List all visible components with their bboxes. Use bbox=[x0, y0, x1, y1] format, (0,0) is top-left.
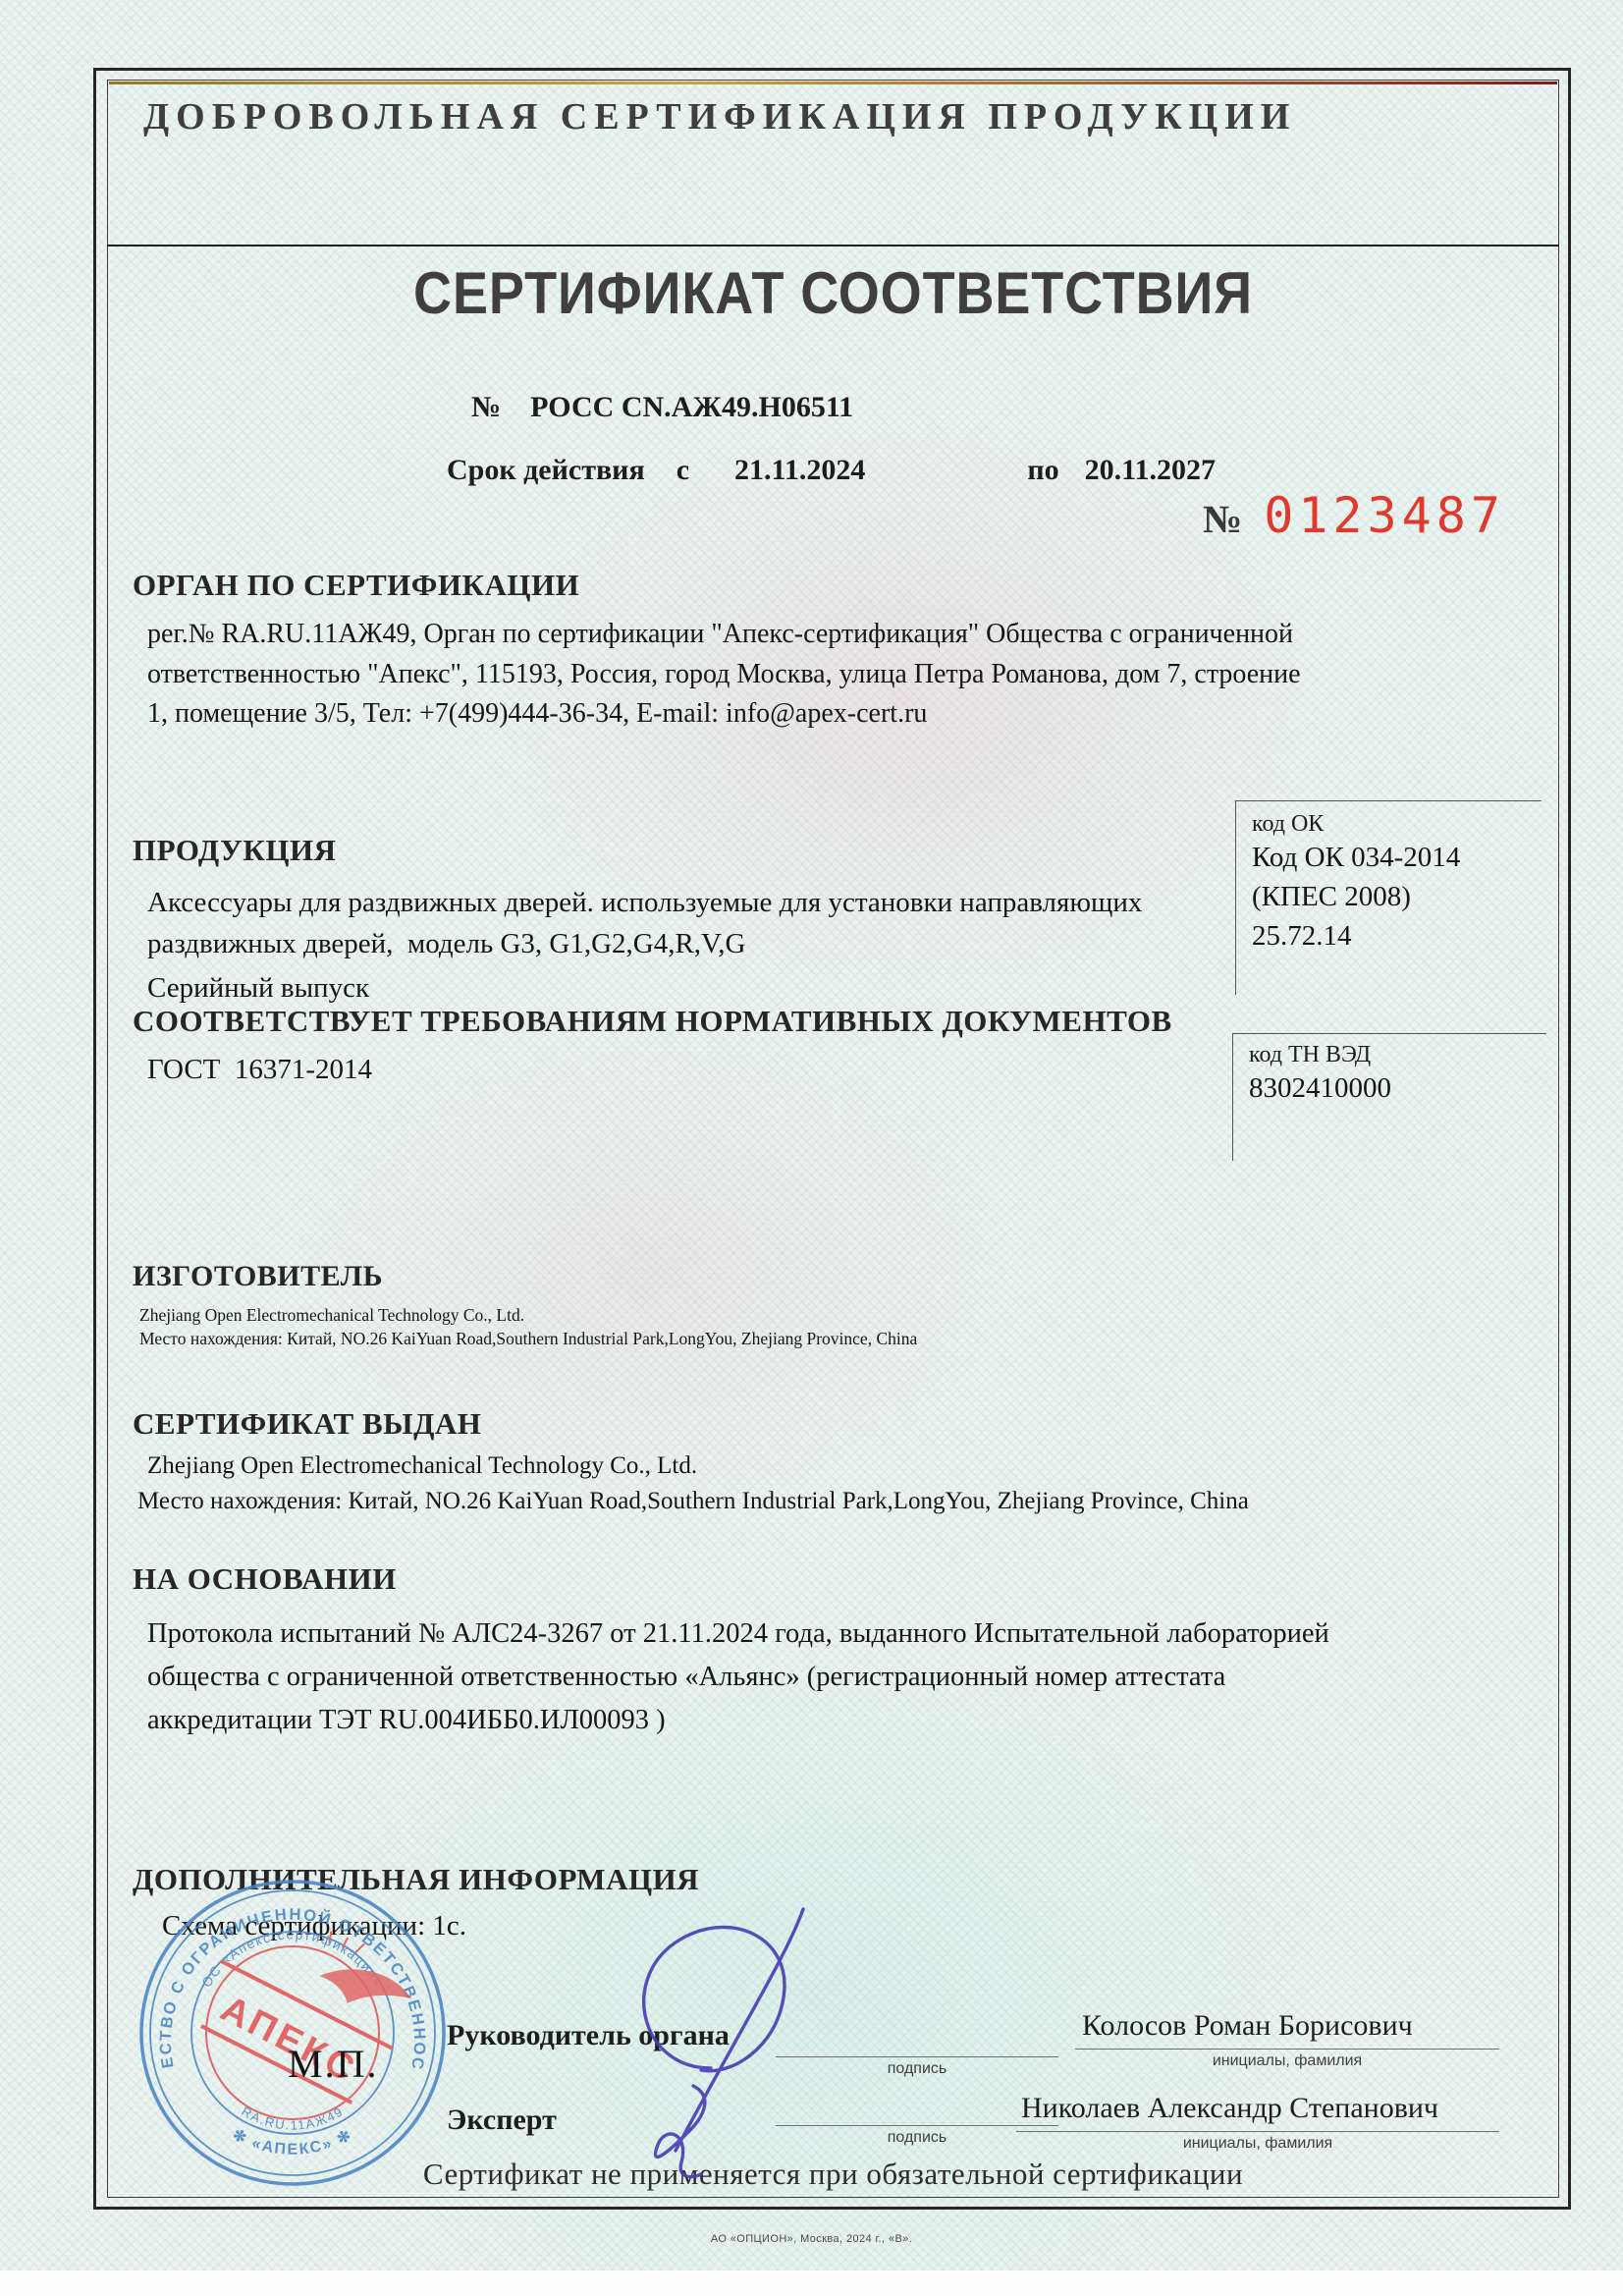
certificate-page: ДОБРОВОЛЬНАЯ СЕРТИФИКАЦИЯ ПРОДУКЦИИ СЕРТ… bbox=[0, 0, 1623, 2296]
expert-name: Николаев Александр Степанович bbox=[1021, 2092, 1438, 2125]
issued-to-name: Zhejiang Open Electromechanical Technolo… bbox=[147, 1452, 697, 1480]
doc-title: СЕРТИФИКАТ СООТВЕТСТВИЯ bbox=[180, 259, 1487, 327]
validity-from-date: 21.11.2024 bbox=[734, 454, 865, 487]
gold-accent-line bbox=[109, 82, 1557, 84]
product-description: Аксессуары для раздвижных дверей. исполь… bbox=[147, 882, 1271, 964]
expert-name-line bbox=[1016, 2131, 1499, 2132]
compliance-standard: ГОСТ 16371-2014 bbox=[147, 1049, 372, 1090]
validity-to-label: по bbox=[1027, 454, 1058, 487]
printer-imprint: АО «ОПЦИОН», Москва, 2024 г., «В». bbox=[0, 2233, 1623, 2245]
svg-text:RA.RU.11АЖ49: RA.RU.11АЖ49 bbox=[239, 2104, 346, 2133]
certificate-number-row: № РОСС CN.АЖ49.H06511 bbox=[471, 391, 853, 424]
validity-to-date: 20.11.2027 bbox=[1085, 454, 1216, 487]
manufacturer-heading: ИЗГОТОВИТЕЛЬ bbox=[133, 1260, 383, 1293]
tn-ved-box: код ТН ВЭД 8302410000 bbox=[1232, 1033, 1546, 1161]
head-name-line bbox=[1075, 2049, 1499, 2050]
tn-ved-value: 8302410000 bbox=[1249, 1068, 1546, 1108]
handwritten-signature bbox=[546, 1903, 875, 2193]
manufacturer-name: Zhejiang Open Electromechanical Technolo… bbox=[139, 1305, 524, 1326]
product-heading: ПРОДУКЦИЯ bbox=[133, 833, 336, 868]
validity-row: Срок действия с 21.11.2024 по 20.11.2027 bbox=[447, 454, 1216, 487]
manufacturer-address: Место нахождения: Китай, NO.26 KaiYuan R… bbox=[139, 1329, 917, 1349]
issued-to-heading: СЕРТИФИКАТ ВЫДАН bbox=[133, 1406, 481, 1442]
stamp-place-label: М.П. bbox=[288, 2041, 378, 2087]
authority-text: рег.№ RA.RU.11АЖ49, Орган по сертификаци… bbox=[147, 615, 1321, 735]
tn-ved-label: код ТН ВЭД bbox=[1249, 1042, 1546, 1068]
validity-from-label: с bbox=[676, 454, 689, 487]
ok-code-label: код ОК bbox=[1252, 811, 1542, 838]
head-name: Колосов Роман Борисович bbox=[1082, 2009, 1413, 2043]
ok-code-line: (КПЕС 2008) bbox=[1252, 877, 1542, 916]
certificate-number-label: № bbox=[471, 391, 501, 424]
ok-code-box: код ОК Код ОК 034-2014 (КПЕС 2008) 25.72… bbox=[1235, 800, 1542, 995]
product-release: Серийный выпуск bbox=[147, 967, 369, 1009]
validity-label: Срок действия bbox=[447, 454, 645, 487]
serial-number: 0123487 bbox=[1264, 487, 1505, 544]
doc-header: ДОБРОВОЛЬНАЯ СЕРТИФИКАЦИЯ ПРОДУКЦИИ bbox=[143, 95, 1420, 138]
expert-role-label: Эксперт bbox=[447, 2104, 557, 2137]
basis-text: Протокола испытаний № АЛС24-3267 от 21.1… bbox=[147, 1613, 1394, 1743]
header-divider bbox=[107, 245, 1559, 246]
certificate-number: РОСС CN.АЖ49.H06511 bbox=[530, 391, 853, 424]
stamp-inner-bottom-text: RA.RU.11АЖ49 bbox=[239, 2104, 346, 2133]
serial-number-row: № 0123487 bbox=[1203, 487, 1505, 544]
ok-code-line: 25.72.14 bbox=[1252, 916, 1542, 956]
ok-code-line: Код ОК 034-2014 bbox=[1252, 838, 1542, 877]
issued-to-address: Место нахождения: Китай, NO.26 KaiYuan R… bbox=[137, 1488, 1249, 1515]
basis-heading: НА ОСНОВАНИИ bbox=[133, 1561, 397, 1597]
head-name-caption: инициалы, фамилия bbox=[1075, 2052, 1499, 2070]
authority-heading: ОРГАН ПО СЕРТИФИКАЦИИ bbox=[133, 568, 579, 603]
apex-round-stamp: ОБЩЕСТВО С ОГРАНИЧЕННОЙ ОТВЕТСТВЕННОСТЬЮ… bbox=[135, 1876, 450, 2190]
compliance-heading: СООТВЕТСТВУЕТ ТРЕБОВАНИЯМ НОРМАТИВНЫХ ДО… bbox=[133, 1004, 1172, 1039]
serial-number-label: № bbox=[1203, 496, 1242, 542]
expert-name-caption: инициалы, фамилия bbox=[1016, 2135, 1499, 2153]
